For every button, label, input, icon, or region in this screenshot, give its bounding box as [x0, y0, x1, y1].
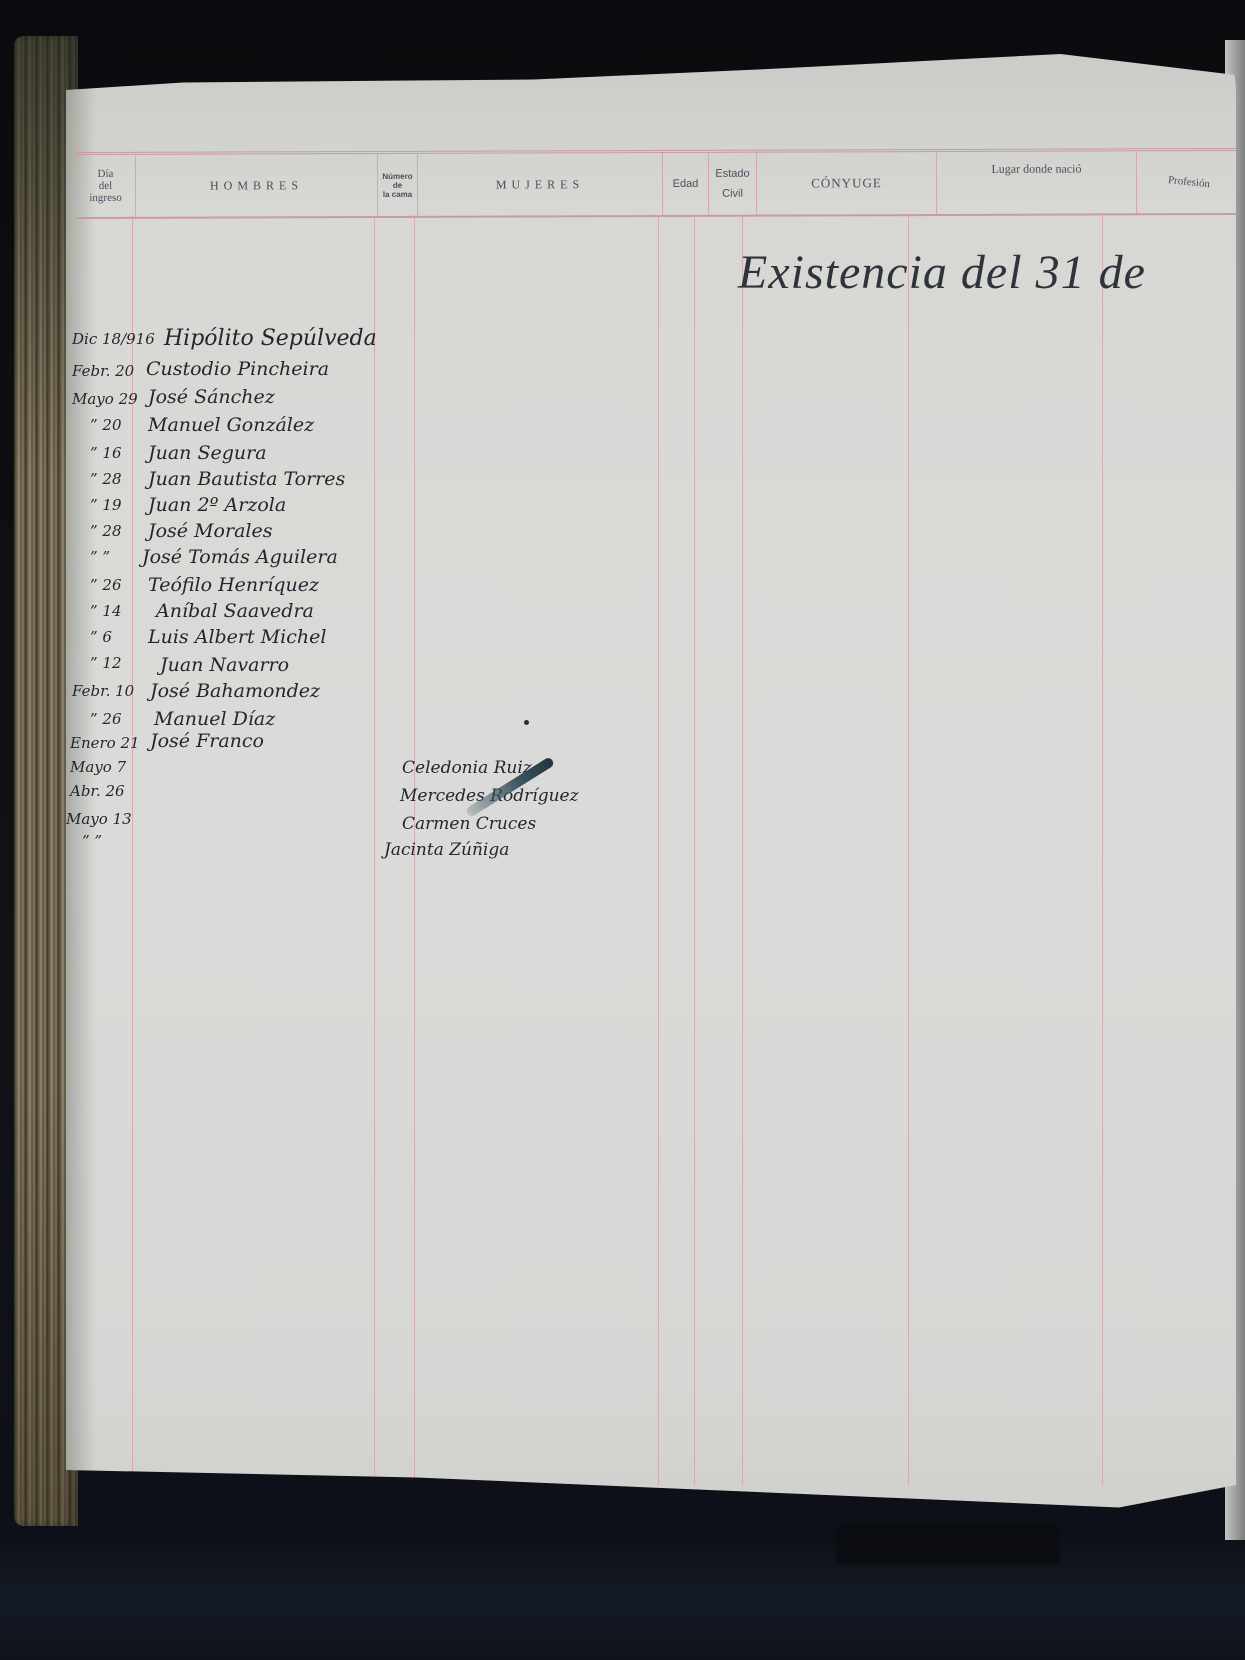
header-text: Estado [715, 168, 749, 180]
entry-name: Custodio Pincheira [146, 358, 329, 380]
entry-date: ” ” [90, 548, 110, 566]
background-fabric [0, 1540, 1245, 1660]
ruling-line [908, 215, 909, 1485]
entry-name: Teófilo Henríquez [148, 574, 319, 596]
header-conyuge: CÓNYUGE [757, 152, 937, 215]
header-estado-civil: Estado Civil [709, 153, 757, 215]
entry-name: Manuel González [148, 414, 314, 436]
entry-name: Juan Segura [148, 442, 267, 464]
entry-date: ” 28 [90, 470, 122, 488]
header-text: ingreso [89, 192, 121, 204]
header-text: Día [89, 168, 121, 180]
entry-date: ” 12 [90, 654, 122, 672]
entry-name: Jacinta Zúñiga [384, 840, 509, 860]
entry-name: José Bahamondez [150, 680, 320, 702]
header-profesion: Profesión [1134, 146, 1244, 218]
header-hombres: HOMBRES [136, 154, 378, 217]
entry-name: José Tomás Aguilera [142, 546, 338, 568]
entry-date: Mayo 13 [66, 810, 132, 828]
page-gutter-shadow [66, 30, 96, 1530]
entry-name: José Morales [148, 520, 272, 542]
entry-name: Manuel Díaz [154, 708, 275, 730]
entry-name: Juan Bautista Torres [148, 468, 345, 490]
entry-date: ” 26 [90, 576, 122, 594]
page-number: 36 [106, 56, 137, 85]
header-edad: Edad [663, 153, 709, 215]
entry-date: ” ” [82, 832, 102, 850]
entry-date: Febr. 10 [72, 682, 134, 700]
entry-name: Hipólito Sepúlveda [164, 326, 377, 351]
handwritten-heading: Existencia del 31 de [738, 245, 1146, 300]
entry-name: Luis Albert Michel [148, 626, 326, 648]
column-header-band: Día del ingreso HOMBRES Número de la cam… [76, 148, 1241, 219]
header-dia-del-ingreso: Día del ingreso [76, 155, 136, 217]
ruling-line [374, 215, 375, 1485]
entry-date: Febr. 20 [72, 362, 134, 380]
header-text: la cama [382, 189, 412, 198]
header-text: Civil [715, 188, 749, 200]
header-text: del [89, 180, 121, 192]
header-lugar-donde-nacio: Lugar donde nació [937, 151, 1137, 214]
ruling-line [658, 215, 659, 1485]
entry-name: José Franco [150, 730, 264, 752]
entry-date: ” 16 [90, 444, 122, 462]
entry-date: ” 28 [90, 522, 122, 540]
entry-name: Aníbal Saavedra [156, 600, 314, 622]
header-numero-de-la-cama: Número de la cama [378, 154, 418, 216]
entry-date: Mayo 29 [72, 390, 138, 408]
ruling-line [742, 215, 743, 1485]
entry-date: ” 19 [90, 496, 122, 514]
entry-name: Carmen Cruces [402, 814, 536, 834]
header-text: Número [382, 171, 412, 180]
entry-date: ” 26 [90, 710, 122, 728]
entry-name: Celedonia Ruiz [402, 758, 532, 778]
ruling-line [694, 215, 695, 1485]
entry-date: Mayo 7 [70, 758, 126, 776]
entry-date: ” 20 [90, 416, 122, 434]
ink-dot [524, 720, 529, 725]
entry-date: Dic 18/916 [72, 330, 155, 348]
entry-date: Abr. 26 [70, 782, 125, 800]
entry-date: Enero 21 [70, 734, 140, 752]
entry-date: ” 14 [90, 602, 122, 620]
entry-name: Juan Navarro [160, 654, 289, 676]
header-mujeres: MUJERES [418, 153, 663, 216]
entry-date: ” 6 [90, 628, 112, 646]
entry-name: José Sánchez [148, 386, 275, 408]
entry-name: Juan 2º Arzola [148, 494, 286, 516]
photo-scene: 36 Día del ingreso HOMBRES Número de la … [0, 0, 1245, 1660]
bookmark-ribbon [838, 1528, 1058, 1564]
ledger-page: 36 Día del ingreso HOMBRES Número de la … [66, 30, 1236, 1530]
header-text: de [382, 180, 412, 189]
ruling-line [1102, 215, 1103, 1485]
